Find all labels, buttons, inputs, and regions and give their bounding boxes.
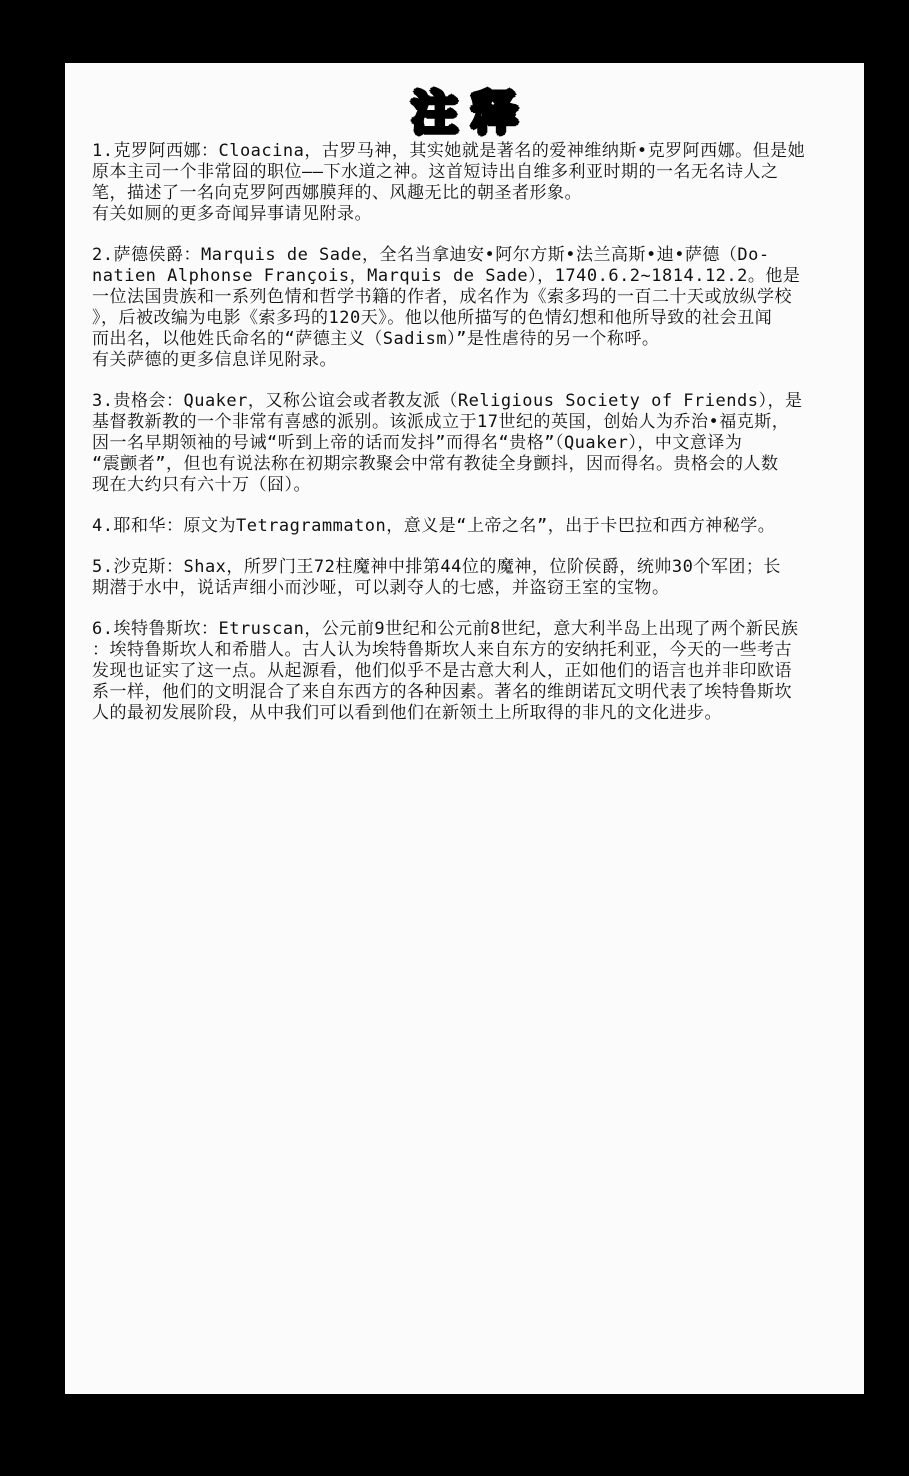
note-line: 有关如厕的更多奇闻异事请见附录。 — [92, 204, 858, 225]
page-title: 注释 — [65, 63, 864, 143]
note-5-shax: 5.沙克斯：Shax，所罗门王72柱魔神中排第44位的魔神，位阶侯爵，统帅30个… — [92, 557, 858, 599]
note-3-quaker: 3.贵格会：Quaker，又称公谊会或者教友派（Religious Societ… — [92, 391, 858, 496]
note-6-etruscan: 6.埃特鲁斯坎：Etruscan，公元前9世纪和公元前8世纪，意大利半岛上出现了… — [92, 619, 858, 724]
note-line: 人的最初发展阶段，从中我们可以看到他们在新领土上所取得的非凡的文化进步。 — [92, 703, 858, 724]
note-line: 而出名，以他姓氏命名的“萨德主义（Sadism）”是性虐待的另一个称呼。 — [92, 329, 858, 350]
note-line: “震颤者”，但也有说法称在初期宗教聚会中常有教徒全身颤抖，因而得名。贵格会的人数 — [92, 454, 858, 475]
note-line: 原本主司一个非常囧的职位——下水道之神。这首短诗出自维多利亚时期的一名无名诗人之 — [92, 162, 858, 183]
note-line: 有关萨德的更多信息详见附录。 — [92, 350, 858, 371]
note-line: 2.萨德侯爵：Marquis de Sade，全名当拿迪安•阿尔方斯•法兰高斯•… — [92, 245, 858, 266]
note-2-marquis-de-sade: 2.萨德侯爵：Marquis de Sade，全名当拿迪安•阿尔方斯•法兰高斯•… — [92, 245, 858, 371]
note-line: 一位法国贵族和一系列色情和哲学书籍的作者，成名作为《索多玛的一百二十天或放纵学校 — [92, 287, 858, 308]
notes-list: 1.克罗阿西娜：Cloacina，古罗马神，其实她就是著名的爱神维纳斯•克罗阿西… — [92, 141, 858, 744]
note-line: 4.耶和华：原文为Tetragrammaton，意义是“上帝之名”，出于卡巴拉和… — [92, 516, 858, 537]
note-line: 》，后被改编为电影《索多玛的120天》。他以他所描写的色情幻想和他所导致的社会丑… — [92, 308, 858, 329]
note-line: 6.埃特鲁斯坎：Etruscan，公元前9世纪和公元前8世纪，意大利半岛上出现了… — [92, 619, 858, 640]
note-line: 发现也证实了这一点。从起源看，他们似乎不是古意大利人，正如他们的语言也并非印欧语 — [92, 661, 858, 682]
note-line: ：埃特鲁斯坎人和希腊人。古人认为埃特鲁斯坎人来自东方的安纳托利亚，今天的一些考古 — [92, 640, 858, 661]
note-line: 3.贵格会：Quaker，又称公谊会或者教友派（Religious Societ… — [92, 391, 858, 412]
note-line: 基督教新教的一个非常有喜感的派别。该派成立于17世纪的英国，创始人为乔治•福克斯… — [92, 412, 858, 433]
note-line: 笔，描述了一名向克罗阿西娜膜拜的、风趣无比的朝圣者形象。 — [92, 183, 858, 204]
note-1-cloacina: 1.克罗阿西娜：Cloacina，古罗马神，其实她就是著名的爱神维纳斯•克罗阿西… — [92, 141, 858, 225]
note-line: 因一名早期领袖的号诫“听到上帝的话而发抖”而得名“贵格”（Quaker），中文意… — [92, 433, 858, 454]
note-4-tetragrammaton: 4.耶和华：原文为Tetragrammaton，意义是“上帝之名”，出于卡巴拉和… — [92, 516, 858, 537]
note-line: 1.克罗阿西娜：Cloacina，古罗马神，其实她就是著名的爱神维纳斯•克罗阿西… — [92, 141, 858, 162]
note-line: natien Alphonse François，Marquis de Sade… — [92, 266, 858, 287]
note-line: 现在大约只有六十万（囧）。 — [92, 475, 858, 496]
note-line: 5.沙克斯：Shax，所罗门王72柱魔神中排第44位的魔神，位阶侯爵，统帅30个… — [92, 557, 858, 578]
note-line: 系一样，他们的文明混合了来自东西方的各种因素。著名的维朗诺瓦文明代表了埃特鲁斯坎 — [92, 682, 858, 703]
page-background: 注释 1.克罗阿西娜：Cloacina，古罗马神，其实她就是著名的爱神维纳斯•克… — [0, 0, 909, 1476]
note-line: 期潜于水中，说话声细小而沙哑，可以剥夺人的七感，并盗窃王室的宝物。 — [92, 578, 858, 599]
notes-page: 注释 1.克罗阿西娜：Cloacina，古罗马神，其实她就是著名的爱神维纳斯•克… — [65, 63, 864, 1394]
